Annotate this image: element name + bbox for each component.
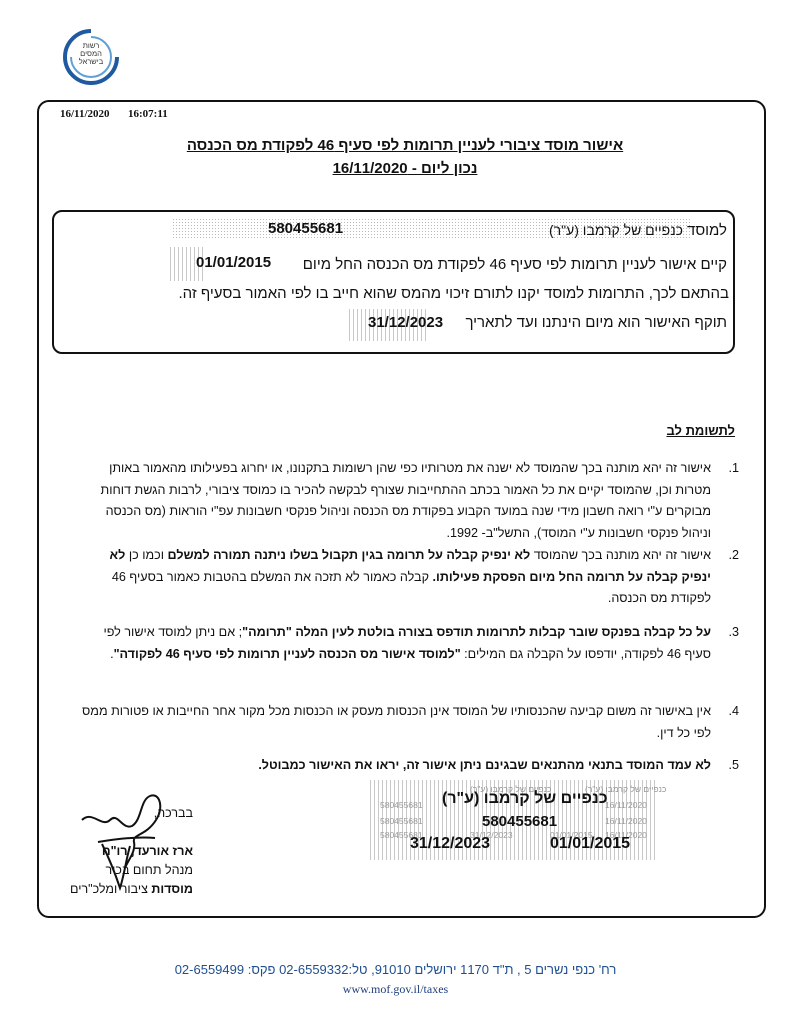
watermark-text: 16/11/2020 [605, 816, 647, 826]
note-text: על כל קבלה בפנקס שובר קבלות לתרומות תודפ… [79, 622, 711, 665]
note-text-bold: "למוסד אישור מס הכנסה לעניין תרומות לפי … [114, 647, 461, 661]
watermark-valid-until: 31/12/2023 [410, 835, 490, 853]
watermark-text: 580455681 [380, 816, 423, 826]
note-item: 5. לא עמד המוסד בתנאי מהתנאים שבגינם נית… [79, 755, 739, 777]
institution-name: כנפיים של קרמבו (ע"ר) [549, 222, 683, 238]
note-text-part: אישור זה יהא מותנה בכך שהמוסד [530, 548, 711, 562]
note-text: אישור זה יהא מותנה בכך שהמוסד לא ישנה את… [79, 458, 711, 544]
valid-until-date: 31/12/2023 [368, 314, 443, 331]
print-time: 16:07:11 [128, 108, 168, 120]
note-number: 3. [717, 622, 739, 644]
print-date: 16/11/2020 [60, 108, 110, 120]
institution-label: למוסד [687, 222, 727, 239]
watermark-valid-from: 01/01/2015 [550, 835, 630, 853]
note-number: 2. [717, 545, 739, 567]
signer-department: מוסדות ציבור ומלכ"רים [70, 880, 193, 899]
watermark-text: 16/11/2020 [605, 800, 647, 810]
footer-url[interactable]: www.mof.gov.il/taxes [0, 982, 791, 997]
watermark-name: כנפיים של קרמבו (ע"ר) [442, 790, 608, 808]
document-title: אישור מוסד ציבורי לעניין תרומות לפי סעיף… [60, 137, 750, 154]
logo-text: רשות המסים בישראל [70, 42, 112, 66]
note-number: 5. [717, 755, 739, 777]
document-subtitle: נכון ליום - 16/11/2020 [60, 160, 750, 177]
watermark-id: 580455681 [482, 813, 557, 830]
footer-address: רח' כנפי נשרים 5 , ת"ד 1170 ירושלים 9101… [0, 962, 791, 977]
note-text-bold: לא ינפיק קבלה על תרומה בגין תקבול בשלו נ… [168, 548, 531, 562]
department-bold: מוסדות [151, 882, 193, 896]
approval-line: קיים אישור לעניין תרומות לפי סעיף 46 לפק… [303, 256, 727, 273]
note-item: 2. אישור זה יהא מותנה בכך שהמוסד לא ינפי… [79, 545, 739, 610]
signer-name: ארז אורעד, רו"ח [70, 842, 193, 861]
credit-line: בהתאם לכך, התרומות למוסד יקנו לתורם זיכו… [178, 285, 729, 302]
signature-block: בברכה, ארז אורעד, רו"ח מנהל תחום בכיר מו… [70, 804, 193, 899]
department-rest: ציבור ומלכ"רים [70, 882, 151, 896]
note-item: 3. על כל קבלה בפנקס שובר קבלות לתרומות ת… [79, 622, 739, 665]
note-text-bold: לא עמד המוסד בתנאי מהתנאים שבגינם ניתן א… [258, 758, 711, 772]
note-text: לא עמד המוסד בתנאי מהתנאים שבגינם ניתן א… [79, 755, 711, 777]
note-text: אישור זה יהא מותנה בכך שהמוסד לא ינפיק ק… [79, 545, 711, 610]
valid-from-date: 01/01/2015 [196, 254, 271, 271]
logo-line: בישראל [70, 58, 112, 66]
note-number: 4. [717, 701, 739, 723]
note-number: 1. [717, 458, 739, 480]
signer-role: מנהל תחום בכיר [70, 861, 193, 880]
note-item: 1. אישור זה יהא מותנה בכך שהמוסד לא ישנה… [79, 458, 739, 544]
greeting: בברכה, [70, 804, 193, 823]
validity-line: תוקף האישור הוא מיום הינתנו ועד לתאריך [465, 314, 727, 331]
institution-id: 580455681 [268, 220, 343, 237]
note-item: 4. אין באישור זה משום קביעה שהכנסותיו של… [79, 701, 739, 744]
notes-title: לתשומת לב [666, 423, 735, 438]
note-text-bold: על כל קבלה בפנקס שובר קבלות לתרומות תודפ… [242, 625, 711, 639]
security-watermark: כנפיים של קרמבו (ע"ר) כנפיים של קרמבו (ע… [370, 780, 655, 860]
note-text: אין באישור זה משום קביעה שהכנסותיו של המ… [79, 701, 711, 744]
watermark-text: 580455681 [380, 800, 423, 810]
note-text-part: וכמו כן [125, 548, 167, 562]
